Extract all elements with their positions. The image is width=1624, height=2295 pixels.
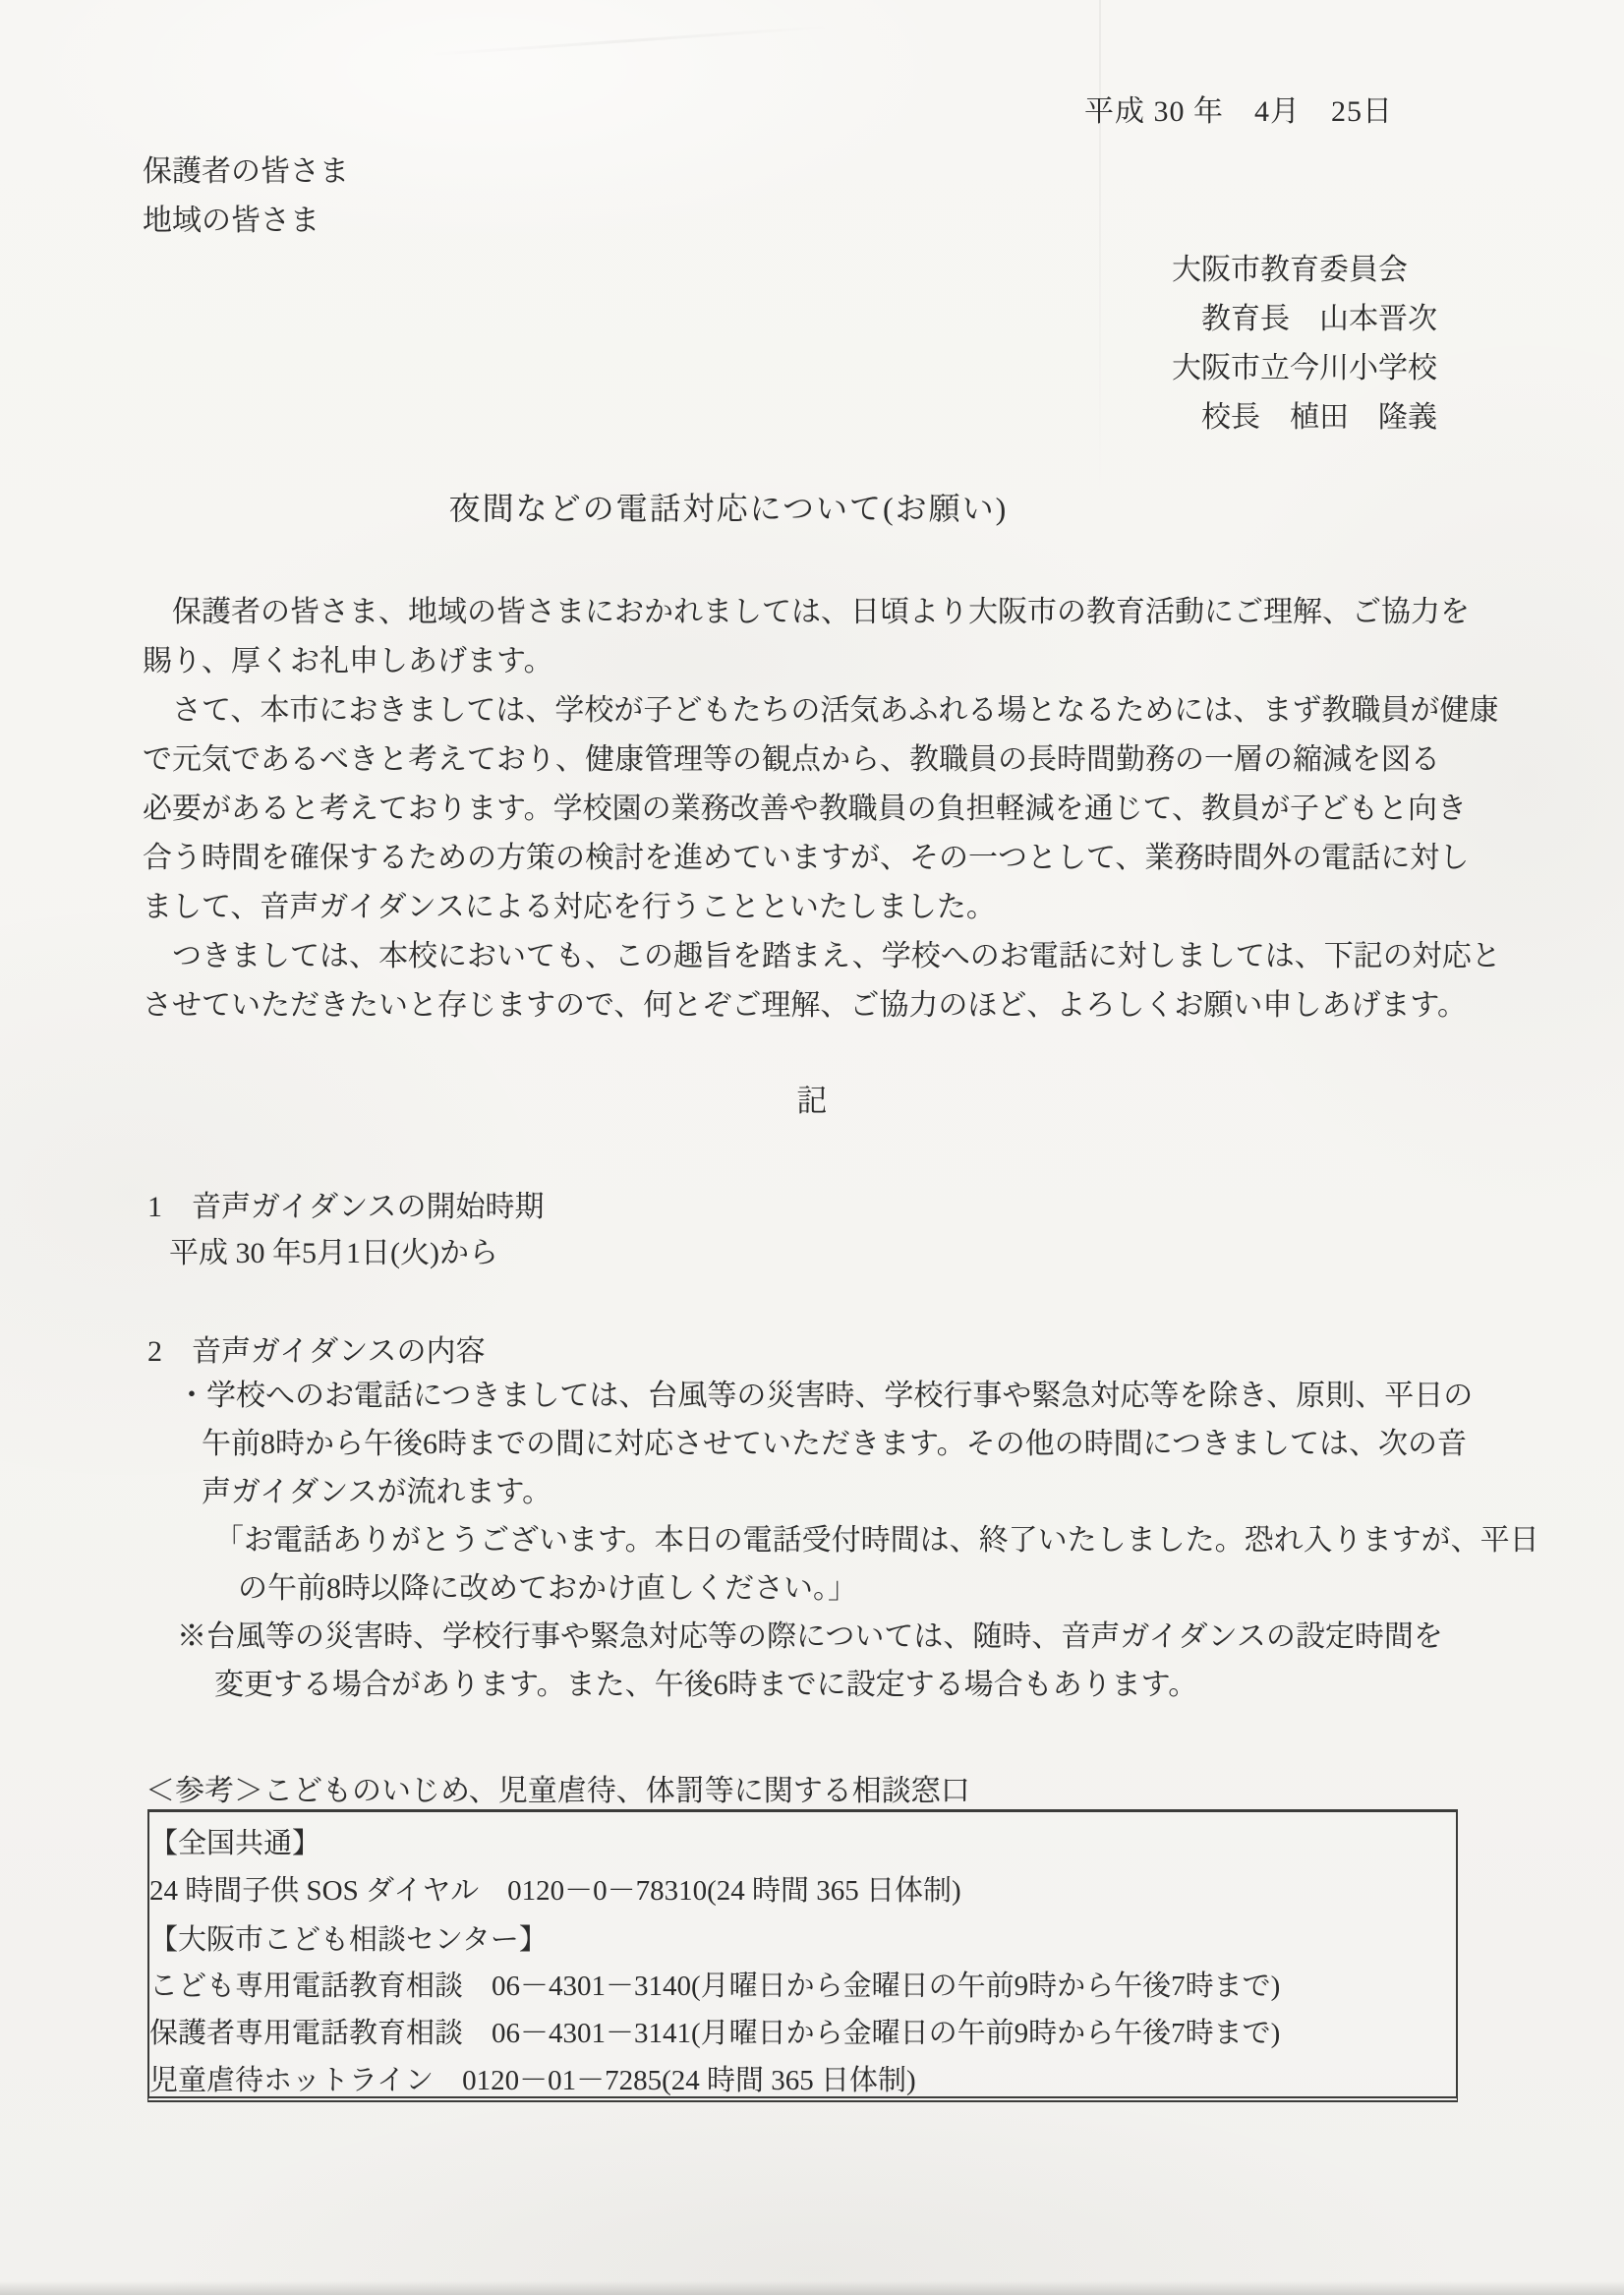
box-contact-line: 児童虐待ホットライン 0120－01－7285(24 時間 365 日体制): [149, 2061, 916, 2100]
reference-heading: ＜参考＞こどものいじめ、児童虐待、体罰等に関する相談窓口: [145, 1766, 970, 1809]
section2-content: ・学校へのお電話につきましては、台風等の災害時、学校行事や緊急対応等を除き、原則…: [0, 1372, 1624, 1709]
body-line: 保護者の皆さま、地域の皆さまにおかれましては、日頃より大阪市の教育活動にご理解、…: [143, 588, 1467, 637]
sender-block: 大阪市教育委員会 教育長 山本晋次 大阪市立今川小学校 校長 植田 隆義: [1172, 246, 1437, 442]
sender-person-line: 校長 植田 隆義: [1172, 393, 1437, 442]
recipient-block: 保護者の皆さま 地域の皆さま: [143, 147, 349, 246]
guidance-quote-line: の午前8時以降に改めておかけ直しください。」: [0, 1564, 1624, 1613]
guidance-quote-line: 「お電話ありがとうございます。本日の電話受付時間は、終了いたしました。恐れ入りま…: [0, 1516, 1624, 1564]
section1-value: 平成 30 年5月1日(火)から: [169, 1229, 498, 1278]
scanned-letter-page: 平成 30 年 4月 25日 保護者の皆さま 地域の皆さま 大阪市教育委員会 教…: [0, 0, 1624, 2295]
recipient-line: 保護者の皆さま: [143, 147, 349, 197]
letter-body: 保護者の皆さま、地域の皆さまにおかれましては、日頃より大阪市の教育活動にご理解、…: [143, 588, 1467, 1030]
body-line: つきましては、本校においても、この趣旨を踏まえ、学校へのお電話に対しましては、下…: [143, 932, 1467, 981]
guidance-note-line: ※台風等の災害時、学校行事や緊急対応等の際については、随時、音声ガイダンスの設定…: [0, 1613, 1624, 1661]
body-line: 必要があると考えております。学校園の業務改善や教職員の負担軽減を通じて、教員が子…: [143, 785, 1467, 834]
box-group-title: 【全国共通】: [149, 1824, 320, 1863]
sender-person-line: 教育長 山本晋次: [1172, 295, 1437, 344]
body-line: させていただきたいと存じますので、何とぞご理解、ご協力のほど、よろしくお願い申し…: [143, 981, 1467, 1030]
recipient-line: 地域の皆さま: [143, 197, 349, 246]
guidance-line: ・学校へのお電話につきましては、台風等の災害時、学校行事や緊急対応等を除き、原則…: [0, 1372, 1624, 1420]
sender-org-line: 大阪市立今川小学校: [1172, 344, 1437, 393]
body-line: まして、音声ガイダンスによる対応を行うことといたしました。: [143, 883, 1467, 932]
guidance-line: 声ガイダンスが流れます。: [0, 1468, 1624, 1516]
date-line: 平成 30 年 4月 25日: [1084, 87, 1393, 130]
bottom-scan-edge: [0, 2281, 1624, 2295]
body-line: 合う時間を確保するための方策の検討を進めていますが、その一つとして、業務時間外の…: [143, 834, 1467, 883]
guidance-note-line: 変更する場合があります。また、午後6時までに設定する場合もあります。: [0, 1661, 1624, 1709]
box-group-title: 【大阪市こども相談センター】: [149, 1920, 548, 1960]
box-contact-line: 保護者専用電話教育相談 06－4301－3141(月曜日から金曜日の午前9時から…: [149, 2014, 1280, 2053]
paper-crease: [423, 25, 835, 56]
reference-box: 【全国共通】 24 時間子供 SOS ダイヤル 0120－0－78310(24 …: [147, 1809, 1458, 2102]
body-line: さて、本市におきましては、学校が子どもたちの活気あふれる場となるためには、まず教…: [143, 686, 1467, 736]
body-line: 賜り、厚くお礼申しあげます。: [143, 637, 1467, 686]
letter-title: 夜間などの電話対応について(お願い): [0, 484, 1457, 529]
body-line: で元気であるべきと考えており、健康管理等の観点から、教職員の長時間勤務の一層の縮…: [143, 736, 1467, 785]
box-contact-line: こども専用電話教育相談 06－4301－3140(月曜日から金曜日の午前9時から…: [149, 1967, 1280, 2006]
sender-org-line: 大阪市教育委員会: [1172, 246, 1437, 295]
section1-heading: 1 音声ガイダンスの開始時期: [147, 1183, 545, 1232]
box-contact-line: 24 時間子供 SOS ダイヤル 0120－0－78310(24 時間 365 …: [149, 1871, 961, 1911]
scan-seam: [1099, 0, 1101, 511]
notation-marker: 記: [0, 1076, 1624, 1120]
section2-heading: 2 音声ガイダンスの内容: [147, 1327, 486, 1377]
guidance-line: 午前8時から午後6時までの間に対応させていただきます。その他の時間につきましては…: [0, 1420, 1624, 1468]
